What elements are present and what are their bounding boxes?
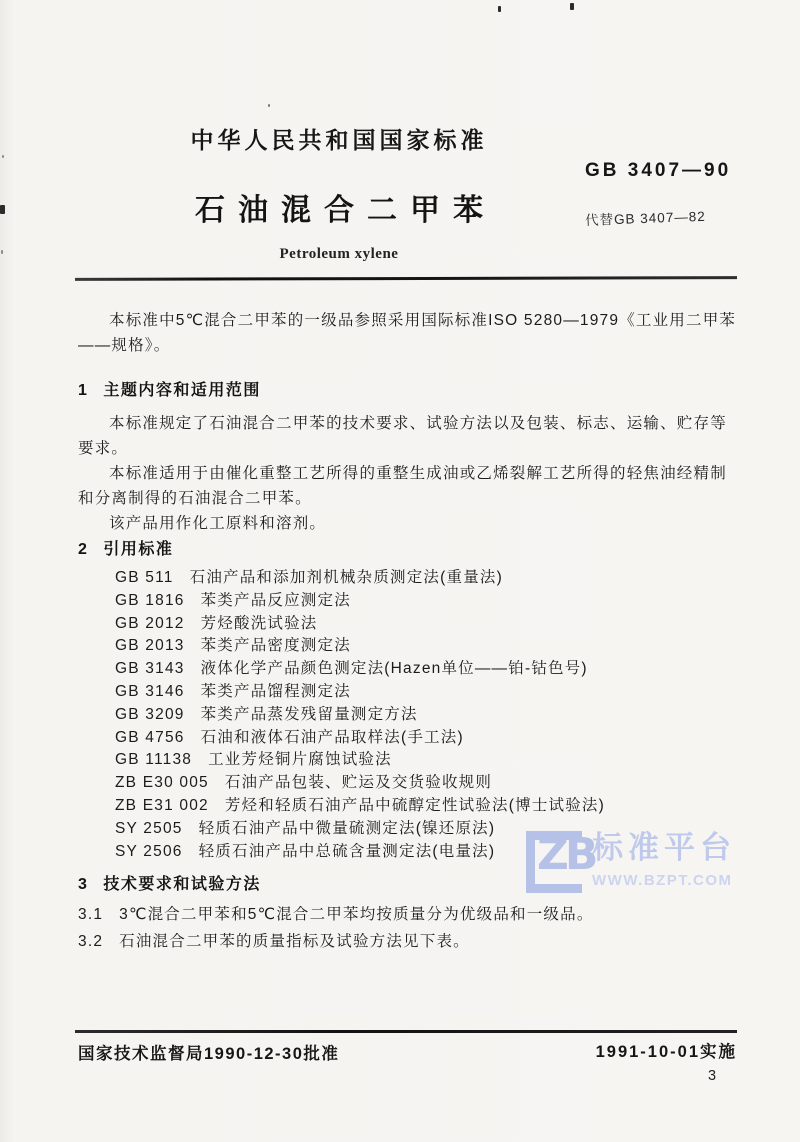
reference-code: ZB E31 002 [115,797,209,814]
reference-item: GB 11138工业芳烃铜片腐蚀试验法 [115,749,738,772]
reference-item: GB 2013苯类产品密度测定法 [115,635,738,658]
standard-code-block: GB 3407—90 代替GB 3407—82 [585,160,731,229]
reference-code: GB 511 [115,569,174,586]
section-3-heading: 3技术要求和试验方法 [78,874,738,896]
section-2-number: 2 [78,541,88,558]
clause-text: 石油混合二甲苯的质量指标及试验方法见下表。 [119,933,470,950]
reference-item: GB 1816苯类产品反应测定法 [115,590,738,613]
reference-code: SY 2506 [115,843,183,860]
reference-title: 石油产品包装、贮运及交货验收规则 [225,774,492,791]
reference-title: 液体化学产品颜色测定法(Hazen单位——铂-钴色号) [201,660,588,677]
standard-code: GB 3407—90 [585,160,731,182]
reference-item: GB 4756石油和液体石油产品取样法(手工法) [115,727,738,750]
reference-code: GB 1816 [115,592,185,609]
reference-code: GB 3209 [115,706,185,723]
reference-code: ZB E30 005 [115,774,209,791]
reference-title: 轻质石油产品中总硫含量测定法(电量法) [199,843,496,860]
replaced-standard: 代替GB 3407—82 [585,204,732,229]
section-2-heading: 2引用标准 [78,539,738,561]
section-1-title: 主题内容和适用范围 [103,382,261,399]
clause-number: 3.1 [78,906,103,923]
section-1-number: 1 [78,382,88,399]
scan-speck [2,155,4,158]
page-number: 3 [708,1068,716,1084]
scan-speck [570,3,574,10]
reference-title: 石油和液体石油产品取样法(手工法) [201,729,464,746]
reference-code: GB 11138 [115,751,192,768]
reference-title: 芳烃和轻质石油产品中硫醇定性试验法(博士试验法) [225,797,605,814]
document-page: 中华人民共和国国家标准 石油混合二甲苯 Petroleum xylene GB … [0,0,800,1142]
section-2-title: 引用标准 [103,541,173,558]
clause-text: 3℃混合二甲苯和5℃混合二甲苯均按质量分为优级品和一级品。 [119,906,593,923]
reference-title: 苯类产品蒸发残留量测定方法 [201,706,418,723]
standard-title-cn: 石油混合二甲苯 [78,185,600,229]
reference-item: GB 3209苯类产品蒸发残留量测定方法 [115,704,738,727]
reference-item: GB 3146苯类产品馏程测定法 [115,681,738,704]
scan-speck [268,104,270,107]
reference-title: 石油产品和添加剂机械杂质测定法(重量法) [190,569,503,586]
paragraph: 该产品用作化工原料和溶剂。 [78,511,738,536]
reference-code: GB 2012 [115,615,185,632]
reference-item: GB 3143液体化学产品颜色测定法(Hazen单位——铂-钴色号) [115,658,738,681]
reference-title: 轻质石油产品中微量硫测定法(镍还原法) [199,820,496,837]
reference-item: ZB E30 005石油产品包装、贮运及交货验收规则 [115,772,738,795]
footer-implementation: 1991-10-01实施 [596,1038,737,1062]
reference-item: SY 2505轻质石油产品中微量硫测定法(镍还原法) [115,818,738,841]
footer-divider [75,1030,737,1033]
clause-3-2: 3.2石油混合二甲苯的质量指标及试验方法见下表。 [78,931,738,953]
reference-title: 芳烃酸洗试验法 [201,615,318,632]
reference-title: 苯类产品密度测定法 [201,637,351,654]
section-1-heading: 1主题内容和适用范围 [78,380,738,402]
scan-speck [1,250,3,254]
reference-code: GB 2013 [115,637,185,654]
intro-paragraph: 本标准中5℃混合二甲苯的一级品参照采用国际标准ISO 5280—1979《工业用… [78,308,738,358]
reference-code: GB 4756 [115,729,185,746]
national-standard-label: 中华人民共和国国家标准 [78,112,600,155]
clause-3-1: 3.13℃混合二甲苯和5℃混合二甲苯均按质量分为优级品和一级品。 [78,904,738,926]
paragraph: 本标准适用于由催化重整工艺所得的重整生成油或乙烯裂解工艺所得的轻焦油经精制和分离… [78,461,738,511]
document-header: 中华人民共和国国家标准 石油混合二甲苯 Petroleum xylene [78,112,600,263]
header-divider [75,276,737,281]
reference-item: SY 2506轻质石油产品中总硫含量测定法(电量法) [115,841,738,864]
standard-title-en: Petroleum xylene [78,246,600,263]
reference-title: 工业芳烃铜片腐蚀试验法 [208,751,392,768]
reference-list: GB 511石油产品和添加剂机械杂质测定法(重量法) GB 1816苯类产品反应… [78,567,738,863]
footer-approval: 国家技术监督局1990-12-30批准 [78,1040,339,1064]
scan-speck [498,6,501,12]
section-3-title: 技术要求和试验方法 [103,876,261,893]
reference-item: GB 2012芳烃酸洗试验法 [115,613,738,636]
clause-number: 3.2 [78,933,103,950]
scan-speck [0,205,5,214]
reference-title: 苯类产品馏程测定法 [201,683,351,700]
reference-item: ZB E31 002芳烃和轻质石油产品中硫醇定性试验法(博士试验法) [115,795,738,818]
paragraph: 本标准规定了石油混合二甲苯的技术要求、试验方法以及包装、标志、运输、贮存等要求。 [78,411,738,461]
reference-code: GB 3146 [115,683,185,700]
reference-code: SY 2505 [115,820,183,837]
section-3-number: 3 [78,876,88,893]
document-body: 本标准中5℃混合二甲苯的一级品参照采用国际标准ISO 5280—1979《工业用… [78,300,738,953]
reference-item: GB 511石油产品和添加剂机械杂质测定法(重量法) [115,567,738,590]
reference-code: GB 3143 [115,660,185,677]
reference-title: 苯类产品反应测定法 [201,592,351,609]
